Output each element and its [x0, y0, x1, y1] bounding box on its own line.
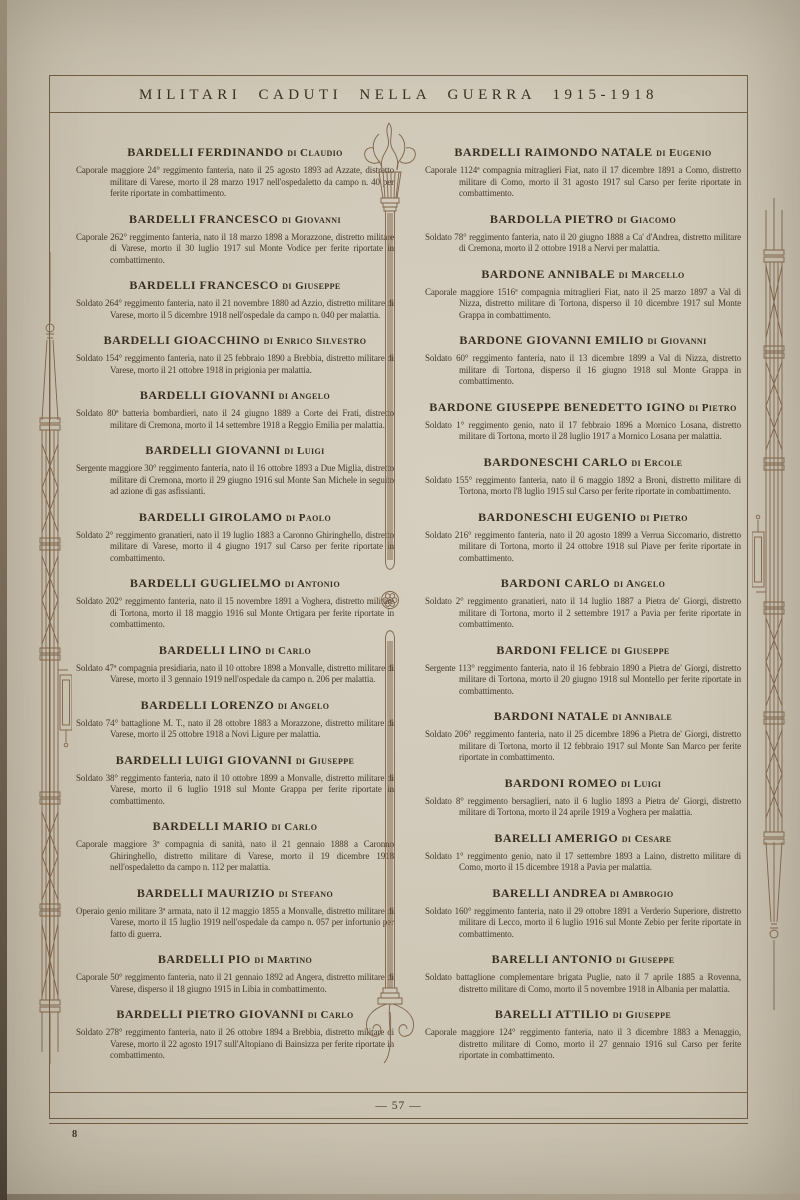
entry-text: Soldato 155° reggimento fanteria, nato i… — [425, 475, 741, 498]
entry-heading: BARDELLI MARIO di Carlo — [76, 819, 394, 834]
fasces-pole-ornament — [752, 150, 796, 1010]
casualty-entry: BARDONESCHI EUGENIO di Pietro Soldato 21… — [425, 510, 741, 565]
casualty-entry: BARDONE ANNIBALE di Marcello Caporale ma… — [425, 267, 741, 322]
entry-patronymic: di Enrico Silvestro — [264, 335, 367, 347]
entry-patronymic: di Stefano — [279, 888, 334, 900]
casualty-entry: BARELLI ATTILIO di Giuseppe Caporale mag… — [425, 1007, 741, 1062]
entries-area: BARDELLI FERDINANDO di Claudio Caporale … — [50, 113, 747, 1092]
casualty-entry: BARDONE GIUSEPPE BENEDETTO IGINO di Piet… — [425, 400, 741, 443]
casualty-entry: BARELLI ANTONIO di Giuseppe Soldato batt… — [425, 952, 741, 995]
entry-patronymic: di Eugenio — [656, 147, 711, 159]
casualty-entry: BARDELLI GIOACCHINO di Enrico Silvestro … — [76, 333, 394, 376]
entry-heading: BARDELLI GUGLIELMO di Antonio — [76, 576, 394, 591]
entry-patronymic: di Luigi — [284, 445, 324, 457]
entry-text: Sergente 113° reggimento fanteria, nato … — [425, 663, 741, 698]
left-column: BARDELLI FERDINANDO di Claudio Caporale … — [76, 113, 394, 1092]
entry-heading: BARDONI FELICE di Giuseppe — [425, 643, 741, 658]
entry-text: Soldato 202° reggimento fanteria, nato i… — [76, 596, 394, 631]
entry-name: BARDONE ANNIBALE — [481, 267, 615, 281]
casualty-entry: BARDELLI FRANCESCO di Giovanni Caporale … — [76, 212, 394, 267]
casualty-entry: BARDELLI RAIMONDO NATALE di Eugenio Capo… — [425, 145, 741, 200]
entry-text: Soldato 2° reggimento granatieri, nato i… — [76, 530, 394, 565]
casualty-entry: BARDELLI GIOVANNI di Angelo Soldato 80ª … — [76, 388, 394, 431]
entry-patronymic: di Claudio — [287, 147, 343, 159]
entry-text: Caporale 262° reggimento fanteria, nato … — [76, 232, 394, 267]
entry-name: BARDONI ROMEO — [505, 776, 618, 790]
entry-text: Soldato 38° reggimento fanteria, nato il… — [76, 773, 394, 808]
entry-name: BARDELLI PIO — [158, 952, 251, 966]
entry-patronymic: di Giuseppe — [611, 645, 669, 657]
page-bottom-shadow — [0, 1194, 800, 1200]
entry-name: BARDELLI LUIGI GIOVANNI — [116, 753, 293, 767]
entry-text: Soldato 1° reggimento genio, nato il 17 … — [425, 420, 741, 443]
entry-heading: BARDELLI FRANCESCO di Giuseppe — [76, 278, 394, 293]
entry-text: Soldato 80ª batteria bombardieri, nato i… — [76, 408, 394, 431]
casualty-entry: BARDOLLA PIETRO di Giacomo Soldato 78° r… — [425, 212, 741, 255]
entry-name: BARDELLI MARIO — [153, 819, 268, 833]
casualty-entry: BARDELLI PIETRO GIOVANNI di Carlo Soldat… — [76, 1007, 394, 1062]
entry-patronymic: di Ercole — [631, 457, 682, 469]
casualty-entry: BARDELLI GIROLAMO di Paolo Soldato 2° re… — [76, 510, 394, 565]
casualty-entry: BARDELLI FRANCESCO di Giuseppe Soldato 2… — [76, 278, 394, 321]
entry-heading: BARDELLI PIO di Martino — [76, 952, 394, 967]
entry-heading: BARDELLI GIOVANNI di Luigi — [76, 443, 394, 458]
entry-patronymic: di Paolo — [286, 512, 331, 524]
page-border-frame: MILITARI CADUTI NELLA GUERRA 1915-1918 B… — [49, 75, 748, 1119]
entry-heading: BARELLI ANTONIO di Giuseppe — [425, 952, 741, 967]
entry-name: BARDELLI LORENZO — [141, 698, 275, 712]
entry-text: Soldato 216° reggimento fanteria, nato i… — [425, 530, 741, 565]
entry-heading: BARDONE ANNIBALE di Marcello — [425, 267, 741, 282]
entry-text: Soldato 60° reggimento fanteria, nato il… — [425, 353, 741, 388]
entry-text: Soldato battaglione complementare brigat… — [425, 972, 741, 995]
entry-name: BARDONE GIUSEPPE BENEDETTO IGINO — [429, 400, 685, 414]
entry-name: BARDONESCHI CARLO — [484, 455, 628, 469]
page-title: MILITARI CADUTI NELLA GUERRA 1915-1918 — [50, 76, 747, 112]
title-band: MILITARI CADUTI NELLA GUERRA 1915-1918 — [50, 76, 747, 113]
entry-name: BARDELLI PIETRO GIOVANNI — [116, 1007, 304, 1021]
entry-text: Soldato 206° reggimento fanteria, nato i… — [425, 729, 741, 764]
casualty-entry: BARDELLI FERDINANDO di Claudio Caporale … — [76, 145, 394, 200]
casualty-entry: BARDELLI GIOVANNI di Luigi Sergente magg… — [76, 443, 394, 498]
entry-patronymic: di Martino — [254, 954, 312, 966]
entry-heading: BARDELLI LORENZO di Angelo — [76, 698, 394, 713]
entry-name: BARDELLI FRANCESCO — [129, 212, 278, 226]
entry-patronymic: di Angelo — [279, 390, 330, 402]
entry-patronymic: di Cesare — [622, 833, 672, 845]
entry-patronymic: di Pietro — [640, 512, 688, 524]
outer-bottom-rule — [49, 1123, 748, 1124]
casualty-entry: BARDELLI MAURIZIO di Stefano Operaio gen… — [76, 886, 394, 941]
casualty-entry: BARDELLI LUIGI GIOVANNI di Giuseppe Sold… — [76, 753, 394, 808]
casualty-entry: BARDELLI LINO di Carlo Soldato 47ª compa… — [76, 643, 394, 686]
entry-name: BARDELLI LINO — [159, 643, 262, 657]
entry-patronymic: di Giuseppe — [616, 954, 674, 966]
casualty-entry: BARDELLI MARIO di Carlo Caporale maggior… — [76, 819, 394, 874]
entry-text: Soldato 74° battaglione M. T., nato il 2… — [76, 718, 394, 741]
entry-heading: BARDELLI GIROLAMO di Paolo — [76, 510, 394, 525]
casualty-entry: BARDONE GIOVANNI EMILIO di Giovanni Sold… — [425, 333, 741, 388]
entry-heading: BARDOLLA PIETRO di Giacomo — [425, 212, 741, 227]
book-edge-shadow — [0, 0, 7, 1200]
entry-heading: BARDONI ROMEO di Luigi — [425, 776, 741, 791]
entry-name: BARDONI NATALE — [494, 709, 609, 723]
entry-name: BARDONE GIOVANNI EMILIO — [459, 333, 644, 347]
entry-patronymic: di Carlo — [271, 821, 317, 833]
entry-text: Caporale 1124ª compagnia mitraglieri Fia… — [425, 165, 741, 200]
entry-name: BARDONI FELICE — [496, 643, 607, 657]
entry-name: BARDELLI GUGLIELMO — [130, 576, 281, 590]
entry-heading: BARDELLI GIOACCHINO di Enrico Silvestro — [76, 333, 394, 348]
casualty-entry: BARELLI ANDREA di Ambrogio Soldato 160° … — [425, 886, 741, 941]
page-number: — 57 — — [375, 1100, 421, 1112]
right-column: BARDELLI RAIMONDO NATALE di Eugenio Capo… — [425, 113, 741, 1092]
entry-text: Soldato 278° reggimento fanteria, nato i… — [76, 1027, 394, 1062]
entry-heading: BARDELLI LINO di Carlo — [76, 643, 394, 658]
entry-patronymic: di Angelo — [278, 700, 329, 712]
entry-patronymic: di Giuseppe — [282, 280, 340, 292]
entry-patronymic: di Antonio — [285, 578, 340, 590]
entry-heading: BARELLI ANDREA di Ambrogio — [425, 886, 741, 901]
entry-patronymic: di Giovanni — [282, 214, 341, 226]
entry-text: Sergente maggiore 30° reggimento fanteri… — [76, 463, 394, 498]
entry-heading: BARDELLI FERDINANDO di Claudio — [76, 145, 394, 160]
entry-patronymic: di Pietro — [689, 402, 737, 414]
entry-name: BARDOLLA PIETRO — [490, 212, 614, 226]
entry-name: BARDELLI RAIMONDO NATALE — [454, 145, 652, 159]
casualty-entry: BARELLI AMERIGO di Cesare Soldato 1° reg… — [425, 831, 741, 874]
entry-heading: BARDELLI LUIGI GIOVANNI di Giuseppe — [76, 753, 394, 768]
entry-text: Soldato 160° reggimento fanteria, nato i… — [425, 906, 741, 941]
casualty-entry: BARDONI NATALE di Annibale Soldato 206° … — [425, 709, 741, 764]
entry-heading: BARDONI CARLO di Angelo — [425, 576, 741, 591]
entry-text: Caporale maggiore 1516ª compagnia mitrag… — [425, 287, 741, 322]
entry-name: BARDELLI FRANCESCO — [129, 278, 278, 292]
scanned-book-page: MILITARI CADUTI NELLA GUERRA 1915-1918 B… — [0, 0, 800, 1200]
entry-patronymic: di Luigi — [621, 778, 661, 790]
entry-patronymic: di Marcello — [619, 269, 685, 281]
entry-text: Caporale maggiore 124° reggimento fanter… — [425, 1027, 741, 1062]
entry-name: BARELLI ATTILIO — [495, 1007, 609, 1021]
sheet-number: 8 — [72, 1129, 77, 1140]
entry-text: Soldato 1° reggimento genio, nato il 17 … — [425, 851, 741, 874]
entry-name: BARDONI CARLO — [501, 576, 611, 590]
entry-patronymic: di Carlo — [308, 1009, 354, 1021]
entry-name: BARELLI AMERIGO — [494, 831, 618, 845]
entry-patronymic: di Annibale — [612, 711, 672, 723]
entry-heading: BARDONI NATALE di Annibale — [425, 709, 741, 724]
casualty-entry: BARDONI ROMEO di Luigi Soldato 8° reggim… — [425, 776, 741, 819]
entry-patronymic: di Ambrogio — [610, 888, 674, 900]
entry-text: Soldato 2° reggimento granatieri, nato i… — [425, 596, 741, 631]
entry-heading: BARDONE GIOVANNI EMILIO di Giovanni — [425, 333, 741, 348]
entry-text: Caporale maggiore 3ª compagnia di sanità… — [76, 839, 394, 874]
entry-patronymic: di Giuseppe — [296, 755, 354, 767]
casualty-entry: BARDONI FELICE di Giuseppe Sergente 113°… — [425, 643, 741, 698]
entry-name: BARDONESCHI EUGENIO — [478, 510, 637, 524]
entry-text: Soldato 47ª compagnia presidiaria, nato … — [76, 663, 394, 686]
entry-heading: BARELLI AMERIGO di Cesare — [425, 831, 741, 846]
entry-heading: BARDONESCHI EUGENIO di Pietro — [425, 510, 741, 525]
entry-patronymic: di Giacomo — [617, 214, 676, 226]
entry-patronymic: di Angelo — [614, 578, 665, 590]
entry-text: Caporale 50° reggimento fanteria, nato i… — [76, 972, 394, 995]
entry-text: Operaio genio militare 3ª armata, nato i… — [76, 906, 394, 941]
casualty-entry: BARDONESCHI CARLO di Ercole Soldato 155°… — [425, 455, 741, 498]
entry-name: BARDELLI GIROLAMO — [139, 510, 283, 524]
footer-band: — 57 — — [50, 1092, 747, 1118]
entry-heading: BARDELLI MAURIZIO di Stefano — [76, 886, 394, 901]
entry-heading: BARDONESCHI CARLO di Ercole — [425, 455, 741, 470]
entry-name: BARDELLI GIOVANNI — [145, 443, 280, 457]
casualty-entry: BARDELLI GUGLIELMO di Antonio Soldato 20… — [76, 576, 394, 631]
entry-text: Soldato 154° reggimento fanteria, nato i… — [76, 353, 394, 376]
entry-patronymic: di Giuseppe — [613, 1009, 671, 1021]
entry-name: BARDELLI MAURIZIO — [137, 886, 275, 900]
entry-name: BARDELLI GIOVANNI — [140, 388, 275, 402]
entry-name: BARELLI ANTONIO — [492, 952, 613, 966]
entry-patronymic: di Giovanni — [648, 335, 707, 347]
entry-text: Soldato 8° reggimento bersaglieri, nato … — [425, 796, 741, 819]
entry-patronymic: di Carlo — [265, 645, 311, 657]
entry-heading: BARDELLI FRANCESCO di Giovanni — [76, 212, 394, 227]
casualty-entry: BARDELLI PIO di Martino Caporale 50° reg… — [76, 952, 394, 995]
entry-text: Caporale maggiore 24° reggimento fanteri… — [76, 165, 394, 200]
entry-heading: BARDELLI PIETRO GIOVANNI di Carlo — [76, 1007, 394, 1022]
entry-name: BARDELLI GIOACCHINO — [104, 333, 261, 347]
casualty-entry: BARDELLI LORENZO di Angelo Soldato 74° b… — [76, 698, 394, 741]
entry-text: Soldato 78° reggimento fanteria, nato il… — [425, 232, 741, 255]
entry-heading: BARDELLI GIOVANNI di Angelo — [76, 388, 394, 403]
entry-heading: BARDONE GIUSEPPE BENEDETTO IGINO di Piet… — [425, 400, 741, 415]
entry-heading: BARDELLI RAIMONDO NATALE di Eugenio — [425, 145, 741, 160]
entry-text: Soldato 264° reggimento fanteria, nato i… — [76, 298, 394, 321]
entry-name: BARDELLI FERDINANDO — [127, 145, 284, 159]
entry-name: BARELLI ANDREA — [492, 886, 606, 900]
casualty-entry: BARDONI CARLO di Angelo Soldato 2° reggi… — [425, 576, 741, 631]
entry-heading: BARELLI ATTILIO di Giuseppe — [425, 1007, 741, 1022]
